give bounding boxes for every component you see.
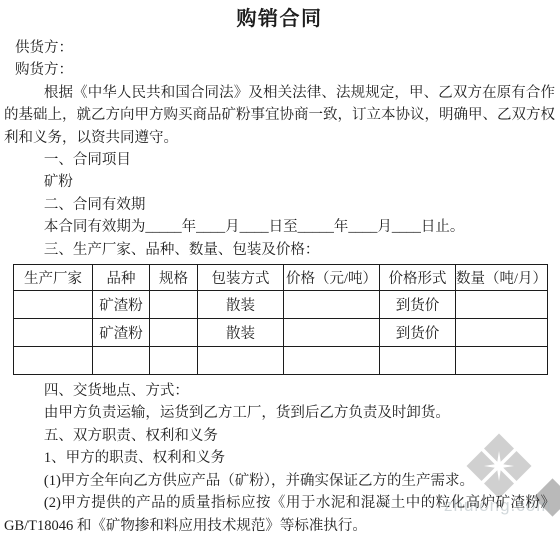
header-quantity: 数量（吨/月）	[456, 265, 548, 291]
section3-heading: 三、生产厂家、品种、数量、包装及价格：	[4, 239, 555, 261]
cell-price	[284, 291, 380, 319]
contract-page: zhulong.com 购销合同 供货方： 购货方： 根据《中华人民共和国合同法…	[0, 0, 560, 538]
cell-price-form	[380, 347, 456, 375]
header-spec: 规格	[150, 265, 198, 291]
section1-body: 矿粉	[4, 171, 555, 193]
document-title: 购销合同	[4, 7, 555, 31]
header-variety: 品种	[93, 265, 150, 291]
section1-heading: 一、合同项目	[4, 149, 555, 171]
supplier-label-line: 供货方：	[15, 37, 555, 59]
price-table-row	[14, 347, 548, 375]
intro-paragraph: 根据《中华人民共和国合同法》及相关法律、法规规定，甲、乙双方在原有合作的基础上，…	[4, 82, 555, 149]
cell-price-form: 到货价	[380, 319, 456, 347]
cell-variety: 矿渣粉	[93, 291, 150, 319]
price-table: 生产厂家 品种 规格 包装方式 价格（元/吨） 价格形式 数量（吨/月） 矿渣粉…	[13, 264, 548, 375]
cell-manufacturer	[14, 319, 93, 347]
section5-sub1-heading: 1、甲方的职责、权利和义务	[4, 447, 555, 469]
buyer-label-line: 购货方：	[15, 59, 555, 81]
cell-manufacturer	[14, 347, 93, 375]
cell-price-form: 到货价	[380, 291, 456, 319]
header-packaging: 包装方式	[198, 265, 284, 291]
section5-sub1-item2: (2)甲方提供的产品的质量指标应按《用于水泥和混凝土中的粒化高炉矿渣粉》GB/T…	[4, 492, 555, 537]
section2-heading: 二、合同有效期	[4, 194, 555, 216]
price-table-header-row: 生产厂家 品种 规格 包装方式 价格（元/吨） 价格形式 数量（吨/月）	[14, 265, 548, 291]
cell-spec	[150, 319, 198, 347]
cell-quantity	[456, 347, 548, 375]
cell-packaging: 散装	[198, 291, 284, 319]
cell-manufacturer	[14, 291, 93, 319]
cell-spec	[150, 291, 198, 319]
section5-sub1-item1: (1)甲方全年向乙方供应产品（矿粉），并确实保证乙方的生产需求。	[4, 470, 555, 492]
cell-price	[284, 319, 380, 347]
section2-validity-blank-line: 本合同有效期为_____年____月____日至_____年____月____日…	[4, 216, 555, 238]
cell-packaging: 散装	[198, 319, 284, 347]
price-table-row: 矿渣粉 散装 到货价	[14, 291, 548, 319]
document-content: 购销合同 供货方： 购货方： 根据《中华人民共和国合同法》及相关法律、法规规定，…	[0, 0, 560, 537]
cell-packaging	[198, 347, 284, 375]
section4-body: 由甲方负责运输，运货到乙方工厂，货到后乙方负责及时卸货。	[4, 402, 555, 424]
cell-quantity	[456, 291, 548, 319]
cell-variety: 矿渣粉	[93, 319, 150, 347]
section4-heading: 四、交货地点、方式：	[4, 380, 555, 402]
cell-price	[284, 347, 380, 375]
cell-variety	[93, 347, 150, 375]
header-manufacturer: 生产厂家	[14, 265, 93, 291]
header-price: 价格（元/吨）	[284, 265, 380, 291]
price-table-row: 矿渣粉 散装 到货价	[14, 319, 548, 347]
cell-quantity	[456, 319, 548, 347]
section5-heading: 五、双方职责、权利和义务	[4, 425, 555, 447]
header-price-form: 价格形式	[380, 265, 456, 291]
cell-spec	[150, 347, 198, 375]
